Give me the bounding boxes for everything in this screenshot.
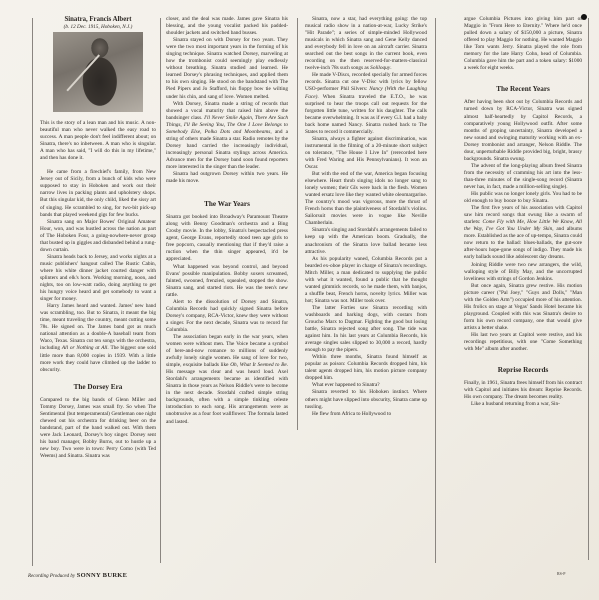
column-3: Sinatra, now a star, had everything goin…: [305, 16, 427, 418]
paragraph: Sinatra sang on Major Bowes' Original Am…: [40, 219, 156, 254]
paragraph: He came from a firechief's family, from …: [40, 169, 156, 218]
paragraph: Within three months, Sinatra found himse…: [305, 354, 427, 382]
liner-notes-page: Sinatra, Francis Albert (b. 12 Dec. 1915…: [0, 0, 599, 600]
column-rule-1: [160, 18, 161, 563]
paragraph: Like a husband returning from a war, Sin…: [464, 401, 582, 408]
paragraph: What ever happened to Sinatra?: [305, 382, 427, 389]
paragraph: Sinatra reverted to his Hoboken instinct…: [305, 389, 427, 410]
paragraph: argue Columbia Pictures into giving him …: [464, 16, 582, 72]
paragraph: The first five years of his association …: [464, 205, 582, 261]
paragraph: The association began early in the war y…: [166, 334, 288, 426]
subject-name: Sinatra, Francis Albert: [40, 16, 156, 24]
credit-label: Recording Produced by: [28, 574, 75, 579]
paragraph: This is the story of a lean man and his …: [40, 120, 156, 162]
paragraph: closer, and the deal was made. James gav…: [166, 16, 288, 37]
paragraph: But once again, Sinatra grew restive. Hi…: [464, 283, 582, 332]
producer-credit: Recording Produced by SONNY BURKE: [28, 572, 127, 579]
paragraph: He flew from Africa to Hollywood to: [305, 411, 427, 418]
paragraph: The advent of the long-playing album fre…: [464, 163, 582, 191]
paragraph: After having been shot out by Columbia R…: [464, 99, 582, 162]
column-rule-2: [297, 18, 298, 430]
paragraph: The latter Forties saw Sinatra recording…: [305, 305, 427, 354]
column-4: argue Columbia Pictures into giving him …: [464, 16, 582, 408]
paragraph: What happened was beyond control, and be…: [166, 264, 288, 299]
column-rule-right: [588, 18, 589, 560]
section-heading-reprise-records: Reprise Records: [464, 367, 582, 374]
section-heading-dorsey-era: The Dorsey Era: [40, 384, 156, 391]
section-heading-recent-years: The Recent Years: [464, 86, 582, 93]
paragraph: Sinatra, always a fighter against discri…: [305, 136, 427, 171]
paragraph: Sinatra got booked into Broadway's Param…: [166, 214, 288, 263]
paragraph: With Dorsey, Sinatra made a string of re…: [166, 101, 288, 171]
portrait-photo: [53, 32, 143, 112]
paragraph: Sinatra, now a star, had everything goin…: [305, 16, 427, 72]
paragraph: He made V-Discs, recorded specially for …: [305, 72, 427, 135]
paragraph: Sinatra had outgrown Dorsey within two y…: [166, 171, 288, 185]
paragraph: His public was no longer lonely girls. Y…: [464, 191, 582, 205]
birth-info: (b. 12 Dec. 1915, Hoboken, N.J.): [40, 24, 156, 30]
column-1: Sinatra, Francis Albert (b. 12 Dec. 1915…: [40, 16, 156, 460]
paragraph: Compared to the big bands of Glenn Mille…: [40, 397, 156, 460]
paragraph: Sinatra's singing and Stordahl's arrange…: [305, 227, 427, 255]
column-rule-left: [32, 18, 33, 566]
paragraph: Joining Riddle were two new arrangers, t…: [464, 262, 582, 283]
paragraph: Alert to the dissolution of Dorsey and S…: [166, 299, 288, 334]
paragraph: But with the end of the war, America beg…: [305, 171, 427, 227]
section-heading-war-years: The War Years: [166, 201, 288, 208]
column-rule-3: [435, 18, 436, 563]
paragraph: As his popularity waned, Columbia Record…: [305, 256, 427, 305]
paragraph: Sinatra heads back to Jersey, and works …: [40, 254, 156, 303]
paragraph: Finally, in 1961, Sinatra frees himself …: [464, 380, 582, 401]
credit-name: SONNY BURKE: [77, 572, 128, 579]
paragraph: His last two years at Capitol were resti…: [464, 332, 582, 353]
paragraph: Harry James heard and wanted. James' new…: [40, 303, 156, 373]
page-number: RS-P: [557, 571, 565, 576]
paragraph: Sinatra stayed on with Dorsey for two ye…: [166, 37, 288, 100]
column-2: closer, and the deal was made. James gav…: [166, 16, 288, 426]
